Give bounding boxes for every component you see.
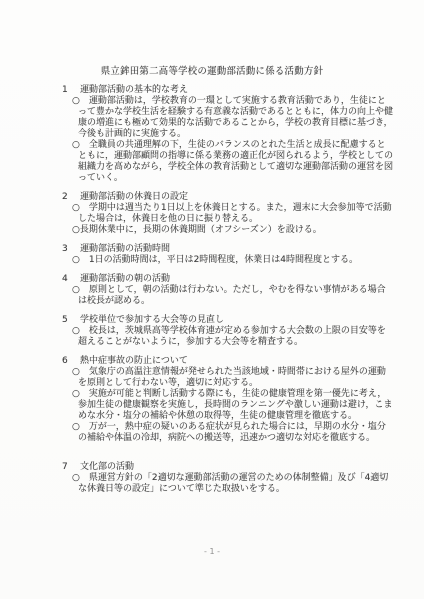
section-number: 2	[62, 192, 80, 203]
bullet-item: ○ 原則として，朝の活動は行わない。ただし，やむを得ない事情がある場合は校長が認…	[62, 285, 393, 307]
section-4: 4運動部活動の朝の活動 ○ 原則として，朝の活動は行わない。ただし，やむを得ない…	[62, 274, 393, 307]
section-heading-text: 文化部の活動	[80, 462, 134, 472]
bullet-item: ○ 万が一，熱中症の疑いのある症状が見られた場合には，早期の水分・塩分の補給や体…	[62, 422, 393, 444]
section-number: 4	[62, 274, 80, 285]
bullet-item: ○ 学期中は週当たり1日以上を休養日とする。また，週末に大会参加等で活動した場合…	[62, 203, 393, 225]
section-number: 3	[62, 244, 80, 255]
section-heading: 4運動部活動の朝の活動	[62, 274, 393, 285]
section-heading-text: 熱中症事故の防止について	[80, 356, 188, 366]
section-heading: 2運動部活動の休養日の設定	[62, 192, 393, 203]
bullet-item: ○ 全職員の共通理解の下，生徒のバランスのとれた生活と成長に配慮するとともに，運…	[62, 140, 393, 184]
section-heading: 6熱中症事故の防止について	[62, 356, 393, 367]
bullet-item: ○ 運動部活動は，学校教育の一環として実施する教育活動であり，生徒にとって豊かな…	[62, 96, 393, 140]
section-number: 6	[62, 356, 80, 367]
document-title: 県立鉾田第二高等学校の運動部活動に係る活動方針	[0, 66, 424, 77]
section-3: 3運動部活動の活動時間 ○ 1日の活動時間は，平日は2時間程度，休業日は4時間程…	[62, 244, 393, 266]
bullet-item: ○長期休業中に，長期の休養期間（オフシーズン）を設ける。	[62, 225, 393, 236]
section-heading: 3運動部活動の活動時間	[62, 244, 393, 255]
bullet-item: ○ 県運営方針の「2適切な運動部活動の運営のための体制整備」及び「4適切な休養日…	[62, 473, 393, 495]
section-2: 2運動部活動の休養日の設定 ○ 学期中は週当たり1日以上を休養日とする。また，週…	[62, 192, 393, 236]
section-number: 1	[62, 85, 80, 96]
section-heading-text: 運動部活動の活動時間	[80, 244, 170, 254]
section-heading: 7文化部の活動	[62, 462, 393, 473]
bullet-item: ○ 校長は，茨城県高等学校体育連が定める参加する大会数の上限の目安等を超えること…	[62, 326, 393, 348]
bullet-item: ○ 1日の活動時間は，平日は2時間程度，休業日は4時間程度とする。	[62, 255, 393, 266]
section-6: 6熱中症事故の防止について ○ 気象庁の高温注意情報が発せられた当該地域・時間帯…	[62, 356, 393, 444]
section-heading-text: 運動部活動の休養日の設定	[80, 192, 188, 202]
section-heading: 5学校単位で参加する大会等の見直し	[62, 315, 393, 326]
section-7: 7文化部の活動 ○ 県運営方針の「2適切な運動部活動の運営のための体制整備」及び…	[62, 462, 393, 495]
document-body: 1運動部活動の基本的な考え ○ 運動部活動は，学校教育の一環として実施する教育活…	[62, 85, 393, 503]
section-number: 7	[62, 462, 80, 473]
section-1: 1運動部活動の基本的な考え ○ 運動部活動は，学校教育の一環として実施する教育活…	[62, 85, 393, 184]
section-5: 5学校単位で参加する大会等の見直し ○ 校長は，茨城県高等学校体育連が定める参加…	[62, 315, 393, 348]
section-number: 5	[62, 315, 80, 326]
section-heading-text: 運動部活動の基本的な考え	[80, 85, 188, 95]
section-heading: 1運動部活動の基本的な考え	[62, 85, 393, 96]
section-heading-text: 運動部活動の朝の活動	[80, 274, 170, 284]
bullet-item: ○ 気象庁の高温注意情報が発せられた当該地域・時間帯における屋外の運動を原則とし…	[62, 367, 393, 389]
document-page: 県立鉾田第二高等学校の運動部活動に係る活動方針 1運動部活動の基本的な考え ○ …	[0, 0, 424, 599]
page-number: - 1 -	[0, 547, 424, 557]
bullet-item: ○ 実施が可能と判断し活動する際にも，生徒の健康管理を第一優先に考え，参加生徒の…	[62, 389, 393, 422]
section-heading-text: 学校単位で参加する大会等の見直し	[80, 315, 224, 325]
